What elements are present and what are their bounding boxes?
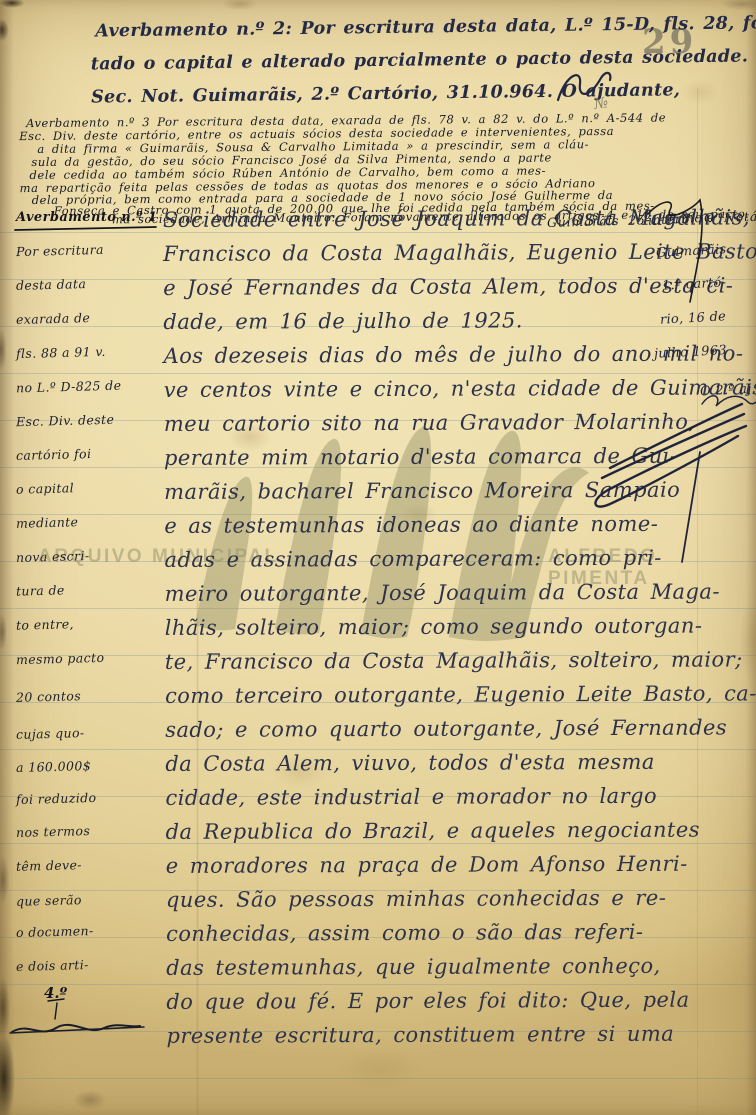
margin-note: cartório foi xyxy=(16,446,92,463)
margin-note: mesmo pacto xyxy=(16,650,105,667)
margin-note: exarada de xyxy=(16,310,91,327)
averbamento-2-note: Averbamento n.º 2: Por escritura desta d… xyxy=(0,0,756,5)
margin-note: o capital xyxy=(16,480,74,497)
averbamento-2-line: Sec. Not. Guimarãis, 2.º Cartório, 31.10… xyxy=(91,80,680,107)
margin-note: 20 contos xyxy=(16,688,81,705)
margin-note: que serão xyxy=(16,892,82,909)
body-line: da Republica do Brazil, e aqueles negoci… xyxy=(166,818,700,844)
body-line: e moradores na praça de Dom Afonso Henri… xyxy=(166,852,688,878)
right-margin-line: O 2.º aj. xyxy=(700,382,756,400)
margin-note: tura de xyxy=(16,582,65,598)
body-line: ques. São pessoas minhas conhecidas e re… xyxy=(166,886,666,912)
margin-note: e dois arti- xyxy=(16,957,89,974)
deed-body: Sociedade entre José Joaquim da Costa Ma… xyxy=(0,0,756,2)
body-line: e José Fernandes da Costa Alem, todos d'… xyxy=(163,273,733,299)
body-line: lhãis, solteiro, maior; como segundo out… xyxy=(165,614,703,640)
margin-note: desta data xyxy=(16,276,87,293)
body-line: ve centos vinte e cinco, n'esta cidade d… xyxy=(164,375,756,402)
body-line: adas e assinadas compareceram: como pri- xyxy=(164,546,661,572)
body-line: das testemunhas, que igualmente conheço, xyxy=(166,954,661,980)
pencil-mark: № xyxy=(593,93,610,113)
body-line: presente escritura, constituem entre si … xyxy=(166,1022,674,1048)
body-line: conhecidas, assim como o são das referi- xyxy=(166,920,643,946)
margin-note: nos termos xyxy=(16,823,91,840)
body-line: te, Francisco da Costa Magalhãis, soltei… xyxy=(165,647,743,674)
body-line: marãis, bacharel Francisco Moreira Sampa… xyxy=(164,478,680,504)
margin-title-underline xyxy=(15,227,156,230)
body-line: como terceiro outorgante, Eugenio Leite … xyxy=(165,681,756,708)
body-line: da Costa Alem, viuvo, todos d'esta mesma xyxy=(165,750,655,776)
margin-note: a 160.000$ xyxy=(16,758,91,775)
body-line: meu cartorio sito na rua Gravador Molari… xyxy=(164,410,696,436)
body-line: sado; e como quarto outorgante, José Fer… xyxy=(165,715,727,741)
margin-note: nova escri- xyxy=(16,548,90,565)
body-line: do que dou fé. E por eles foi dito: Que,… xyxy=(166,988,689,1014)
body-line: e as testemunhas idoneas ao diante nome- xyxy=(164,512,658,538)
margin-article-ref: 4.º xyxy=(44,984,67,1002)
averbamento-2-line: tado o capital e alterado parcialmente o… xyxy=(91,46,756,74)
body-line: meiro outorgante, José Joaquim da Costa … xyxy=(165,580,720,606)
averbamento-3-note: Averbamento n.º 3 Por escritura desta da… xyxy=(0,0,756,3)
margin-note: foi reduzido xyxy=(16,790,97,807)
margin-note: cujas quo- xyxy=(16,725,85,742)
manuscript-page: ARQUIVO MUNICIPAL ALFREDO PIMENTA 29 Ave… xyxy=(0,0,756,1115)
margin-note: o documen- xyxy=(16,923,94,940)
margin-note: fls. 88 a 91 v. xyxy=(16,344,106,361)
margin-title: Averbamento n.º 1 xyxy=(16,210,157,225)
margin-note: to entre, xyxy=(16,616,74,633)
body-line: dade, em 16 de julho de 1925. xyxy=(163,308,523,334)
body-line: perante mim notario d'esta comarca de Gu… xyxy=(164,444,677,470)
body-line: cidade, este industrial e morador no lar… xyxy=(165,784,657,810)
margin-note: Esc. Div. deste xyxy=(16,412,115,430)
margin-note: têm deve- xyxy=(16,857,82,874)
margin-note: Por escritura xyxy=(16,242,104,259)
margin-note: mediante xyxy=(16,514,79,531)
margin-note: no L.º D-825 de xyxy=(16,378,122,396)
